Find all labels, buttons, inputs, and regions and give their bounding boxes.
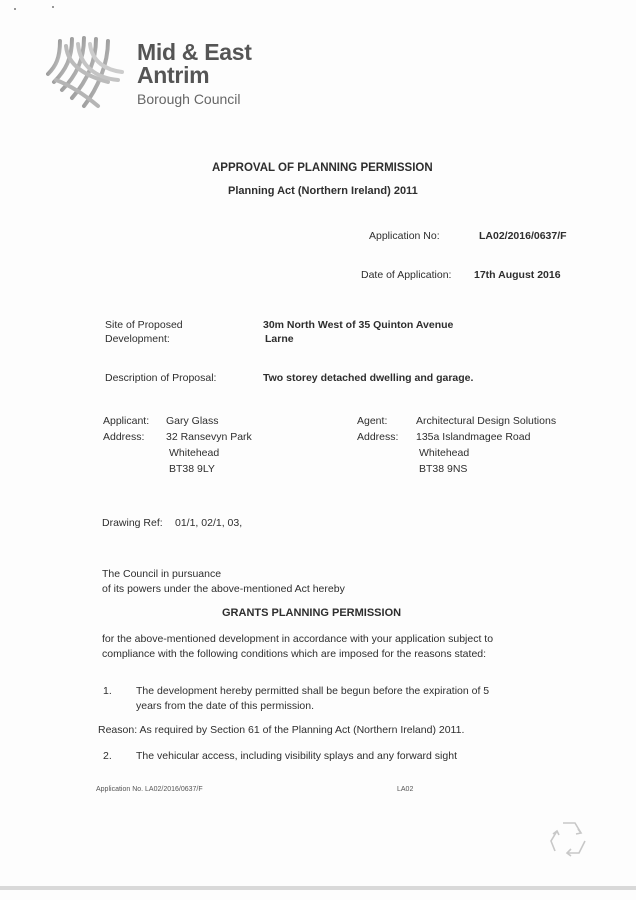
applicant-address-label: Address: xyxy=(103,429,144,445)
drawing-ref-value: 01/1, 02/1, 03, xyxy=(175,515,242,531)
logo-text-line2: Antrim xyxy=(137,63,209,87)
site-label-line2: Development: xyxy=(105,331,170,347)
council-wave-logo-icon xyxy=(46,36,126,110)
intro-line2: of its powers under the above-mentioned … xyxy=(102,581,345,597)
applicant-label: Applicant: xyxy=(103,413,149,429)
application-no-label: Application No: xyxy=(369,228,440,244)
logo-text-line1: Mid & East xyxy=(137,40,252,64)
intro-line1: The Council in pursuance xyxy=(102,566,221,582)
grant-heading: GRANTS PLANNING PERMISSION xyxy=(222,605,401,621)
drawing-ref-label: Drawing Ref: xyxy=(102,515,163,531)
condition-1-text-line2: years from the date of this permission. xyxy=(136,698,314,714)
document-subtitle: Planning Act (Northern Ireland) 2011 xyxy=(228,185,418,197)
agent-address-line2: Whitehead xyxy=(419,445,469,461)
recycle-icon xyxy=(545,815,593,863)
agent-address-line1: 135a Islandmagee Road xyxy=(416,429,530,445)
date-of-application-label: Date of Application: xyxy=(361,267,451,283)
description-value: Two storey detached dwelling and garage. xyxy=(263,370,473,386)
applicant-address-line3: BT38 9LY xyxy=(169,461,215,477)
condition-1-text-line1: The development hereby permitted shall b… xyxy=(136,683,489,699)
page-bottom-edge xyxy=(0,886,636,890)
agent-address-line3: BT38 9NS xyxy=(419,461,467,477)
agent-address-label: Address: xyxy=(357,429,398,445)
agent-name: Architectural Design Solutions xyxy=(416,413,556,429)
scan-speck xyxy=(52,6,54,8)
site-value-line2: Larne xyxy=(265,331,294,347)
condition-2-text-line1: The vehicular access, including visibili… xyxy=(136,748,457,764)
footer-code: LA02 xyxy=(397,786,413,793)
scan-speck xyxy=(14,8,16,10)
condition-2-number: 2. xyxy=(103,748,112,764)
date-of-application-value: 17th August 2016 xyxy=(474,267,561,283)
condition-1-number: 1. xyxy=(103,683,112,699)
footer-application-ref: Application No. LA02/2016/0637/F xyxy=(96,786,203,793)
logo-text-line3: Borough Council xyxy=(137,91,241,107)
conditions-intro-line2: compliance with the following conditions… xyxy=(102,646,486,662)
condition-1-reason: Reason: As required by Section 61 of the… xyxy=(98,722,464,738)
applicant-name: Gary Glass xyxy=(166,413,219,429)
document-title: APPROVAL OF PLANNING PERMISSION xyxy=(212,162,433,174)
description-label: Description of Proposal: xyxy=(105,370,216,386)
applicant-address-line1: 32 Ransevyn Park xyxy=(166,429,252,445)
agent-label: Agent: xyxy=(357,413,387,429)
application-no-value: LA02/2016/0637/F xyxy=(479,228,567,244)
conditions-intro-line1: for the above-mentioned development in a… xyxy=(102,631,493,647)
applicant-address-line2: Whitehead xyxy=(169,445,219,461)
